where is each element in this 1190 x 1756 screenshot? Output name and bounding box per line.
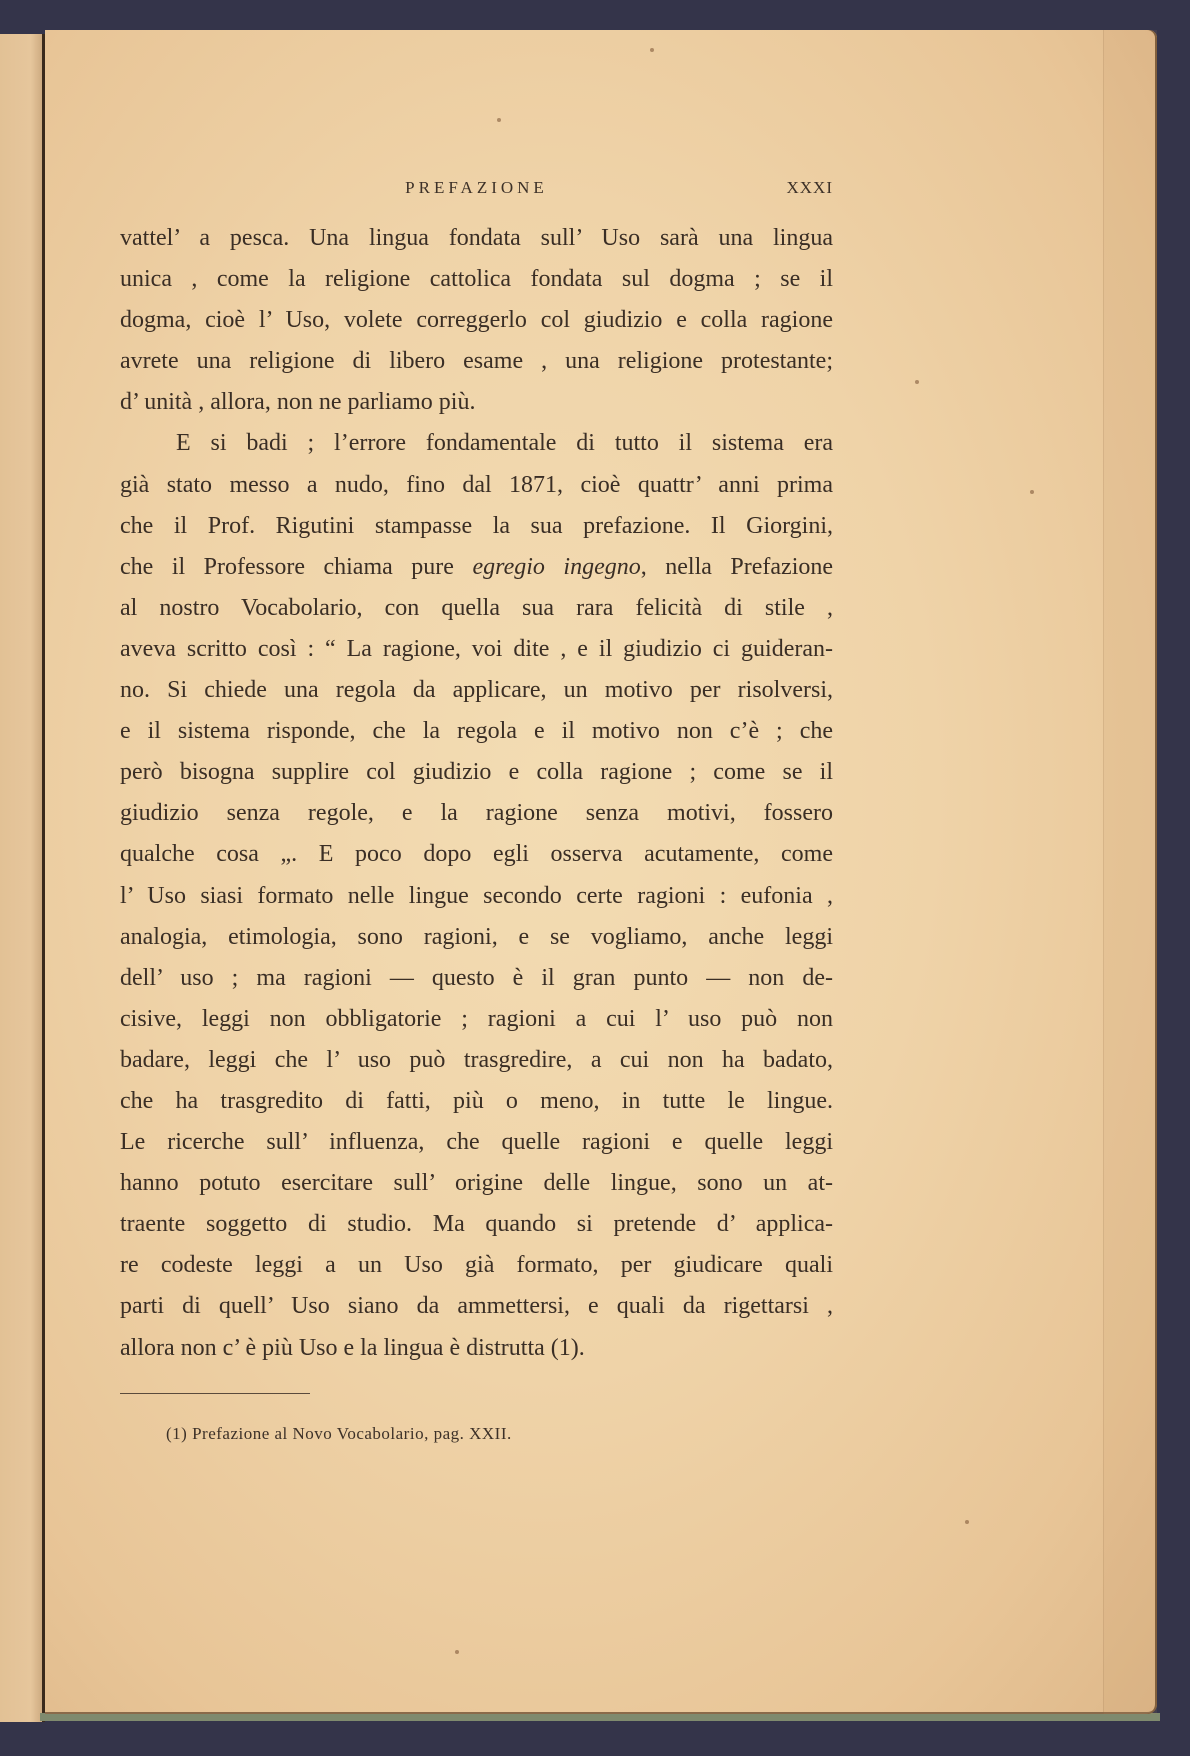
text-line: qualche cosa „. E poco dopo egli osserva… [120,834,833,875]
paper-speck [497,118,501,122]
text-line: che il Prof. Rigutini stampasse la sua p… [120,506,833,547]
text-line: dell’ uso ; ma ragioni — questo è il gra… [120,958,833,999]
page-fold-shade [1104,30,1157,1714]
paper-speck [965,1520,969,1524]
text-line: dogma, cioè l’ Uso, volete correggerlo c… [120,300,833,341]
text-line: avrete una religione di libero esame , u… [120,341,833,382]
text-line: che ha trasgredito di fatti, più o meno,… [120,1081,833,1122]
text-line: al nostro Vocabolario, con quella sua ra… [120,588,833,629]
text-line: cisive, leggi non obbligatorie ; ragioni… [120,999,833,1040]
text-line: analogia, etimologia, sono ragioni, e se… [120,917,833,958]
text-line: vattel’ a pesca. Una lingua fondata sull… [120,218,833,259]
text-line: d’ unità , allora, non ne parliamo più. [120,382,833,423]
text-line: no. Si chiede una regola da applicare, u… [120,670,833,711]
text-line: Le ricerche sull’ influenza, che quelle … [120,1122,833,1163]
text-line: aveva scritto così : “ La ragione, voi d… [120,629,833,670]
italic-phrase: egregio ingegno [472,554,640,580]
text-line: re codeste leggi a un Uso già formato, p… [120,1245,833,1286]
footnote-separator [120,1393,310,1394]
book-cover-edge [40,1713,1160,1721]
running-head: PREFAZIONE XXXI [120,178,833,204]
text-line: traente soggetto di studio. Ma quando si… [120,1204,833,1245]
text-line: e il sistema risponde, che la regola e i… [120,711,833,752]
text-line: allora non c’ è più Uso e la lingua è di… [120,1328,833,1369]
paper-speck [650,48,654,52]
page-fold-line [1103,30,1104,1714]
paper-speck [455,1650,459,1654]
body-text: vattel’ a pesca. Una lingua fondata sull… [120,218,833,1369]
text-segment: , nella Prefazione [641,554,833,580]
text-line: hanno potuto esercitare sull’ origine de… [120,1163,833,1204]
paragraph-first-line: E si badi ; l’errore fondamentale di tut… [120,423,833,464]
text-line: giudizio senza regole, e la ragione senz… [120,793,833,834]
left-page-edge [0,34,44,1722]
text-line: già stato messo a nudo, fino dal 1871, c… [120,465,833,506]
text-line: l’ Uso siasi formato nelle lingue second… [120,876,833,917]
text-line: badare, leggi che l’ uso può trasgredire… [120,1040,833,1081]
text-line: però bisogna supplire col giudizio e col… [120,752,833,793]
paper-speck [1030,490,1034,494]
paper-speck [915,380,919,384]
text-line: che il Professore chiama pure egregio in… [120,547,833,588]
running-title: PREFAZIONE [120,178,833,198]
footnote: (1) Prefazione al Novo Vocabolario, pag.… [166,1424,512,1444]
text-line: unica , come la religione cattolica fond… [120,259,833,300]
page-number: XXXI [787,178,834,198]
text-segment: che il Professore chiama pure [120,554,472,580]
text-line: parti di quell’ Uso siano da ammettersi,… [120,1286,833,1327]
